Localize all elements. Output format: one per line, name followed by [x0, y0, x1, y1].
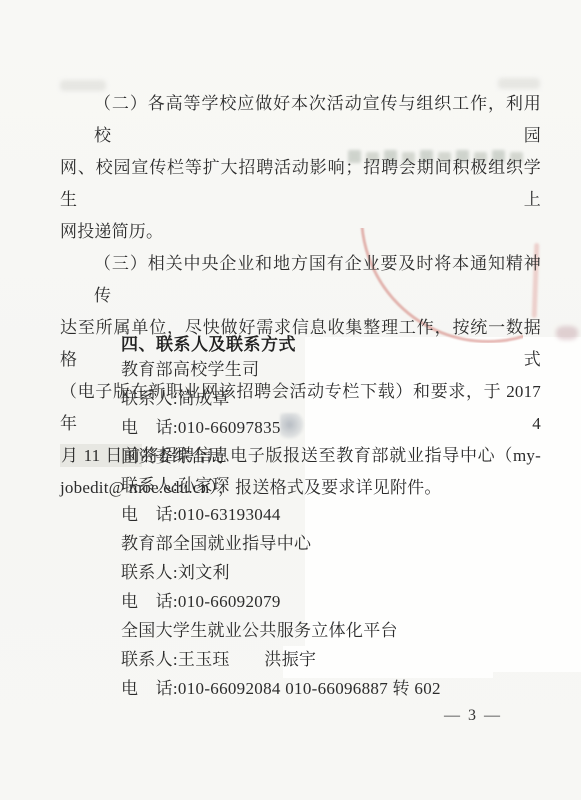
contact-person: 联系人:刘文利	[121, 558, 541, 587]
contact-phone: 电 话:010-66092079	[121, 587, 541, 616]
section-heading: 四、联系人及联系方式	[121, 330, 296, 355]
contact-list: 教育部高校学生司 联系人:简成章 电 话:010-66097835 国资委综合局…	[121, 355, 541, 703]
contact-org: 国资委综合局	[121, 442, 541, 471]
contact-person: 联系人:王玉珏 洪振宇	[121, 645, 541, 674]
contact-phone: 电 话:010-66097835	[121, 413, 541, 442]
contact-phone: 电 话:010-66092084 010-66096887 转 602	[121, 674, 541, 703]
contact-org: 教育部高校学生司	[121, 355, 541, 384]
contact-org: 全国大学生就业公共服务立体化平台	[121, 616, 541, 645]
contact-phone: 电 话:010-63193044	[121, 500, 541, 529]
paragraph-2-line: 网投递简历。	[60, 216, 541, 248]
paragraph-2-line: （二）各高等学校应做好本次活动宣传与组织工作，利用校园	[60, 88, 541, 152]
contact-org: 教育部全国就业指导中心	[121, 529, 541, 558]
paragraph-2-line: 网、校园宣传栏等扩大招聘活动影响；招聘会期间积极组织学生上	[60, 152, 541, 216]
paragraph-3-line: （三）相关中央企业和地方国有企业要及时将本通知精神传	[60, 248, 541, 312]
ink-smudge-artifact	[556, 326, 578, 340]
scanned-document-page: （二）各高等学校应做好本次活动宣传与组织工作，利用校园 网、校园宣传栏等扩大招聘…	[0, 0, 581, 800]
page-number: — 3 —	[437, 707, 509, 725]
contact-person: 联系人:简成章	[121, 384, 541, 413]
contact-person: 联系人:孙家琛	[121, 471, 541, 500]
